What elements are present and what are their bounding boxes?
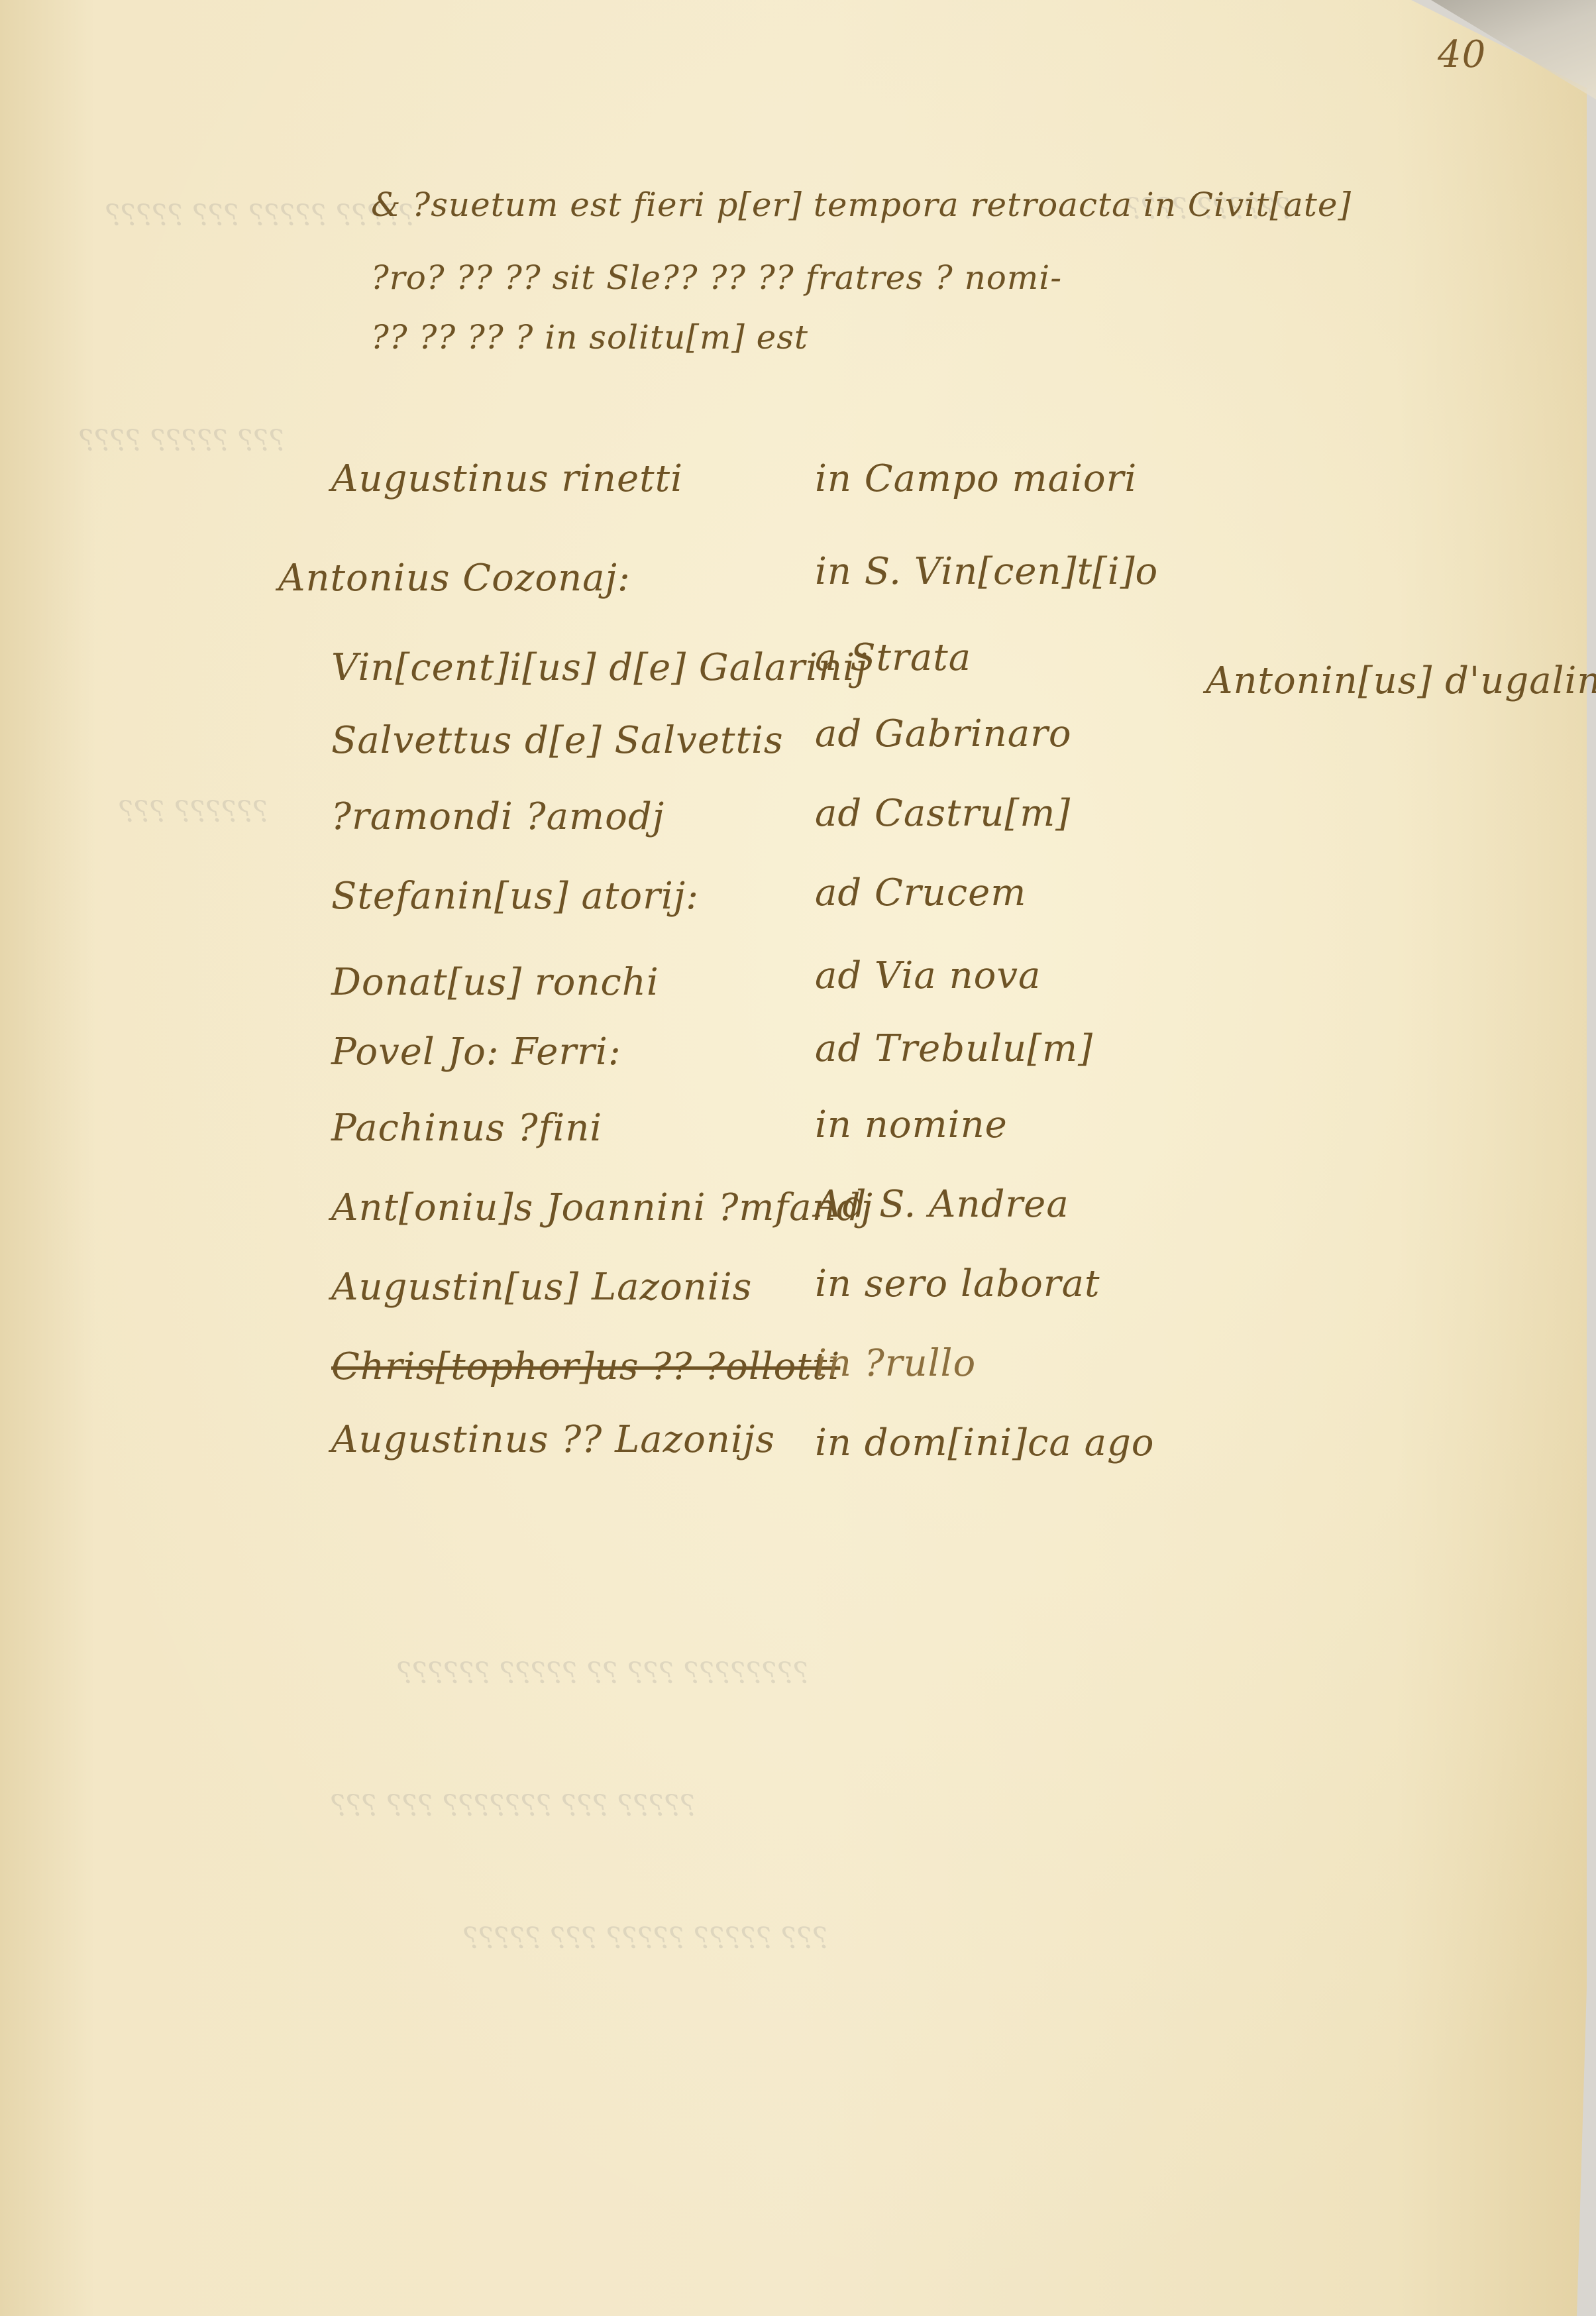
paragraph-line-1: & ?suetum est fieri p[er] tempora retroa… [371,186,1352,224]
entry-place: in ?rullo [815,1342,976,1385]
entry-name-struck: Chris[tophor]us ?? ?ollotti [331,1345,840,1388]
entry-place: in nomine [815,1103,1008,1146]
bleed-through-text: ??? ????? ????? ??? ????? [464,1922,829,1956]
entry-place: in sero laborat [815,1262,1100,1305]
entry-place: ad Trebulu[m] [815,1027,1093,1070]
entry-name: Augustinus rinetti [331,457,683,500]
entry-name: Ant[oniu]s Joannini ?mfandj [331,1186,873,1229]
entry-place: in S. Vin[cen]t[i]o [815,550,1158,593]
entry-name: Stefanin[us] atorij: [331,875,699,918]
entry-name: Salvettus d[e] Salvettis [331,719,784,762]
bleed-through-text: ???????? ??? ?? ????? ?????? [398,1657,810,1690]
entry-name: Povel Jo: Ferri: [331,1030,621,1074]
entry-place: ad Via nova [815,954,1041,997]
entry-place: in dom[ini]ca ago [815,1421,1155,1464]
paragraph-line-2: ?ro? ?? ?? sit Sle?? ?? ?? fratres ? nom… [371,258,1062,297]
bleed-through-text: ????? ????? ??? ????? [106,199,415,233]
entry-name: Antonius Cozonaj: [278,557,631,600]
entry-place: a Strata [815,636,971,679]
entry-place: ad Crucem [815,871,1026,914]
entry-place: Ad S. Andrea [815,1183,1069,1226]
entry-name: Vin[cent]i[us] d[e] Galarinij [331,646,867,689]
margin-note: Antonin[us] d'ugalini [1206,659,1596,702]
entry-name: Pachinus ?fini [331,1107,602,1150]
entry-name: ?ramondi ?amodj [331,795,665,838]
bleed-through-text: ????? ??? ??????? ??? ??? [331,1789,696,1823]
entry-name: Augustinus ?? Lazonijs [331,1418,775,1461]
entry-place: ad Castru[m] [815,792,1071,835]
folio-number: 40 [1438,33,1486,76]
entry-name: Augustin[us] Lazoniis [331,1266,752,1309]
bleed-through-text: ??? ????? ???? [80,424,286,458]
entry-name: Donat[us] ronchi [331,961,659,1004]
entry-place: in Campo maiori [815,457,1137,500]
paragraph-line-3: ?? ?? ?? ? in solitu[m] est [371,318,808,357]
entry-place: ad Gabrinaro [815,712,1072,755]
bleed-through-text: ?????? ??? [119,795,269,829]
